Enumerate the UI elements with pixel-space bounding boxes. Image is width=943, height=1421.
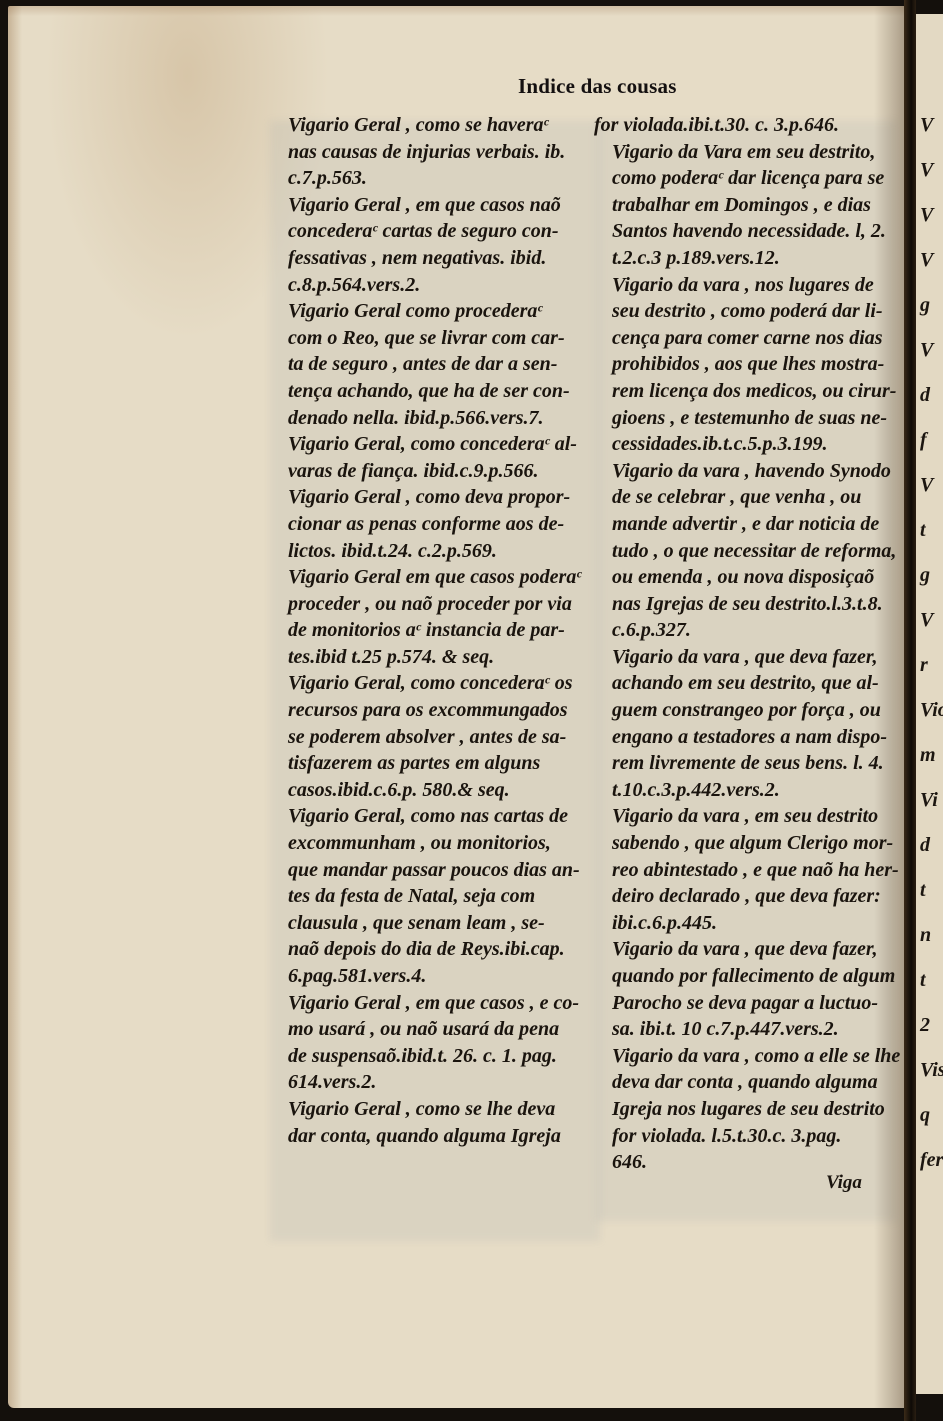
index-column-left: Vigario Geral , como se haveraᶜnas causa…	[270, 112, 582, 1149]
index-entry-line: Vigario da Vara em seu destrito,	[612, 139, 894, 166]
index-entry: Vigario Geral como procederaᶜcom o Reo, …	[270, 298, 582, 431]
index-entry: Vigario da vara , havendo Synodode se ce…	[594, 458, 894, 644]
index-entry-line: rem licença dos medicos, ou cirur-	[612, 378, 894, 405]
index-entry-line: excommunham , ou monitorios,	[288, 830, 582, 857]
index-entry-line: rem livremente de seus bens. l. 4.	[612, 750, 894, 777]
index-entry-line: for violada.ibi.t.30. c. 3.p.646.	[594, 112, 894, 139]
index-entry-line: sabendo , que algum Clerigo mor-	[612, 830, 894, 857]
index-entry-line: t.2.c.3 p.189.vers.12.	[612, 245, 894, 272]
index-entry-line: c.6.p.327.	[612, 617, 894, 644]
adjacent-page-fragment: V	[920, 204, 933, 227]
index-entry-line: fessativas , nem negativas. ibid.	[288, 245, 582, 272]
index-entry-line: de se celebrar , que venha , ou	[612, 484, 894, 511]
adjacent-page-fragment: fer	[920, 1149, 943, 1172]
index-entry-line: Vigario Geral, como concederaᶜ os	[288, 670, 582, 697]
adjacent-page-fragment: r	[920, 654, 928, 677]
index-entry-line: ibi.c.6.p.445.	[612, 910, 894, 937]
index-entry-line: nas causas de injurias verbais. ib.	[288, 139, 582, 166]
index-entry: Vigario Geral , em que casos , e co-mo u…	[270, 990, 582, 1096]
index-entry-line: naõ depois do dia de Reys.ibi.cap.	[288, 936, 582, 963]
index-entry-line: clausula , que senam leam , se-	[288, 910, 582, 937]
index-entry: Vigario Geral , como se lhe devadar cont…	[270, 1096, 582, 1149]
index-entry-line: Vigario Geral , em que casos naõ	[288, 192, 582, 219]
adjacent-page-fragment: Vio	[920, 699, 943, 722]
index-entry-line: ta de seguro , antes de dar a sen-	[288, 351, 582, 378]
index-entry-line: deva dar conta , quando alguma	[612, 1069, 894, 1096]
adjacent-page-fragment: d	[920, 384, 930, 407]
index-entry: Vigario Geral, como nas cartas deexcommu…	[270, 803, 582, 989]
adjacent-page-fragment: V	[920, 339, 933, 362]
catchword: Viga	[826, 1172, 862, 1194]
adjacent-page-fragment: t	[920, 879, 926, 902]
index-entry: Vigario Geral em que casos poderaᶜproced…	[270, 564, 582, 670]
adjacent-page-fragment: 2	[920, 1014, 930, 1037]
index-entry-line: tisfazerem as partes em alguns	[288, 750, 582, 777]
index-entry-line: Vigario Geral em que casos poderaᶜ	[288, 564, 582, 591]
index-entry-line: de monitorios aᶜ instancia de par-	[288, 617, 582, 644]
index-entry: for violada.ibi.t.30. c. 3.p.646.	[594, 112, 894, 139]
adjacent-page-fragment: V	[920, 474, 933, 497]
index-entry: Vigario Geral, como concederaᶜ osrecurso…	[270, 670, 582, 803]
index-entry-line: guem constrangeo por força , ou	[612, 697, 894, 724]
index-entry-line: tes.ibid t.25 p.574. & seq.	[288, 644, 582, 671]
index-entry-line: tes da festa de Natal, seja com	[288, 883, 582, 910]
index-entry-line: denado nella. ibid.p.566.vers.7.	[288, 405, 582, 432]
index-entry-line: sa. ibi.t. 10 c.7.p.447.vers.2.	[612, 1016, 894, 1043]
index-entry-line: ou emenda , ou nova disposiçaõ	[612, 564, 894, 591]
adjacent-page-fragment: Vis	[920, 1059, 943, 1082]
index-entry-line: 614.vers.2.	[288, 1069, 582, 1096]
adjacent-page-fragment: V	[920, 114, 933, 137]
index-entry-line: Vigario Geral , em que casos , e co-	[288, 990, 582, 1017]
index-entry-line: Vigario Geral , como deva propor-	[288, 484, 582, 511]
index-entry-line: mo usará , ou naõ usará da pena	[288, 1016, 582, 1043]
index-entry-line: quando por fallecimento de algum	[612, 963, 894, 990]
index-entry: Vigario da vara , nos lugares deseu dest…	[594, 272, 894, 458]
running-head: Indice das cousas	[518, 74, 677, 99]
index-entry: Vigario Geral , em que casos naõconceder…	[270, 192, 582, 298]
book-gutter	[904, 0, 916, 1421]
index-entry: Vigario da vara , em seu destritosabendo…	[594, 803, 894, 936]
index-entry-line: engano a testadores a nam dispo-	[612, 724, 894, 751]
index-entry-line: Vigario Geral, como nas cartas de	[288, 803, 582, 830]
index-entry-line: Vigario da vara , nos lugares de	[612, 272, 894, 299]
index-entry-line: reo abintestado , e que naõ ha her-	[612, 857, 894, 884]
index-entry-line: t.10.c.3.p.442.vers.2.	[612, 777, 894, 804]
adjacent-page-edge: VVVVgVdfVtgVrViomVidtnt2Visqfer	[916, 14, 943, 1394]
index-entry-line: proceder , ou naõ proceder por via	[288, 591, 582, 618]
index-entry-line: Vigario da vara , que deva fazer,	[612, 936, 894, 963]
index-entry-line: 6.pag.581.vers.4.	[288, 963, 582, 990]
index-entry-line: deiro declarado , que deva fazer:	[612, 883, 894, 910]
index-entry-line: c.7.p.563.	[288, 165, 582, 192]
index-entry-line: casos.ibid.c.6.p. 580.& seq.	[288, 777, 582, 804]
index-entry-line: de suspensaõ.ibid.t. 26. c. 1. pag.	[288, 1043, 582, 1070]
index-entry-line: lictos. ibid.t.24. c.2.p.569.	[288, 538, 582, 565]
adjacent-page-fragment: g	[920, 294, 930, 317]
adjacent-page-fragment: g	[920, 564, 930, 587]
index-entry-line: Vigario Geral , como se lhe deva	[288, 1096, 582, 1123]
index-entry-line: Vigario da vara , em seu destrito	[612, 803, 894, 830]
index-entry-line: seu destrito , como poderá dar li-	[612, 298, 894, 325]
index-entry-line: cessidades.ib.t.c.5.p.3.199.	[612, 431, 894, 458]
index-entry-line: recursos para os excommungados	[288, 697, 582, 724]
index-column-right: for violada.ibi.t.30. c. 3.p.646.Vigario…	[594, 112, 894, 1176]
index-entry-line: achando em seu destrito, que al-	[612, 670, 894, 697]
index-entry-line: nas Igrejas de seu destrito.l.3.t.8.	[612, 591, 894, 618]
index-entry-line: com o Reo, que se livrar com car-	[288, 325, 582, 352]
index-entry-line: Vigario da vara , havendo Synodo	[612, 458, 894, 485]
adjacent-page-fragment: Vi	[920, 789, 938, 812]
index-entry-line: Igreja nos lugares de seu destrito	[612, 1096, 894, 1123]
index-entry-line: como poderaᶜ dar licença para se	[612, 165, 894, 192]
index-entry-line: gioens , e testemunho de suas ne-	[612, 405, 894, 432]
index-entry-line: for violada. l.5.t.30.c. 3.pag.	[612, 1123, 894, 1150]
index-entry-line: que mandar passar poucos dias an-	[288, 857, 582, 884]
index-entry-line: Vigario Geral como procederaᶜ	[288, 298, 582, 325]
index-entry: Vigario da vara , que deva fazer,quando …	[594, 936, 894, 1042]
adjacent-page-fragment: V	[920, 609, 933, 632]
index-entry-line: dar conta, quando alguma Igreja	[288, 1123, 582, 1150]
index-entry-line: tudo , o que necessitar de reforma,	[612, 538, 894, 565]
index-entry-line: Santos havendo necessidade. l, 2.	[612, 218, 894, 245]
index-entry-line: Vigario Geral , como se haveraᶜ	[288, 112, 582, 139]
index-entry-line: trabalhar em Domingos , e dias	[612, 192, 894, 219]
adjacent-page-fragment: d	[920, 834, 930, 857]
index-entry-line: Vigario da vara , como a elle se lhe	[612, 1043, 894, 1070]
adjacent-page-fragment: n	[920, 924, 931, 947]
adjacent-page-fragment: f	[920, 429, 927, 452]
index-entry: Vigario Geral , como se haveraᶜnas causa…	[270, 112, 582, 192]
index-entry-line: varas de fiança. ibid.c.9.p.566.	[288, 458, 582, 485]
index-entry: Vigario da vara , como a elle se lhedeva…	[594, 1043, 894, 1176]
index-entry-line: concederaᶜ cartas de seguro con-	[288, 218, 582, 245]
index-entry-line: mande advertir , e dar noticia de	[612, 511, 894, 538]
index-entry-line: c.8.p.564.vers.2.	[288, 272, 582, 299]
index-entry-line: Vigario da vara , que deva fazer,	[612, 644, 894, 671]
index-entry-line: tença achando, que ha de ser con-	[288, 378, 582, 405]
index-entry-line: se poderem absolver , antes de sa-	[288, 724, 582, 751]
adjacent-page-fragment: V	[920, 249, 933, 272]
index-entry: Vigario da Vara em seu destrito,como pod…	[594, 139, 894, 272]
adjacent-page-fragment: m	[920, 744, 936, 767]
index-entry-line: cionar as penas conforme aos de-	[288, 511, 582, 538]
adjacent-page-fragment: t	[920, 519, 926, 542]
index-entry-line: Parocho se deva pagar a luctuo-	[612, 990, 894, 1017]
index-entry: Vigario Geral , como deva propor-cionar …	[270, 484, 582, 564]
index-entry-line: prohibidos , aos que lhes mostra-	[612, 351, 894, 378]
index-entry-line: Vigario Geral, como concederaᶜ al-	[288, 431, 582, 458]
adjacent-page-fragment: q	[920, 1104, 930, 1127]
index-entry: Vigario Geral, como concederaᶜ al-varas …	[270, 431, 582, 484]
adjacent-page-fragment: V	[920, 159, 933, 182]
index-entry: Vigario da vara , que deva fazer,achando…	[594, 644, 894, 804]
index-entry-line: cença para comer carne nos dias	[612, 325, 894, 352]
adjacent-page-fragment: t	[920, 969, 926, 992]
